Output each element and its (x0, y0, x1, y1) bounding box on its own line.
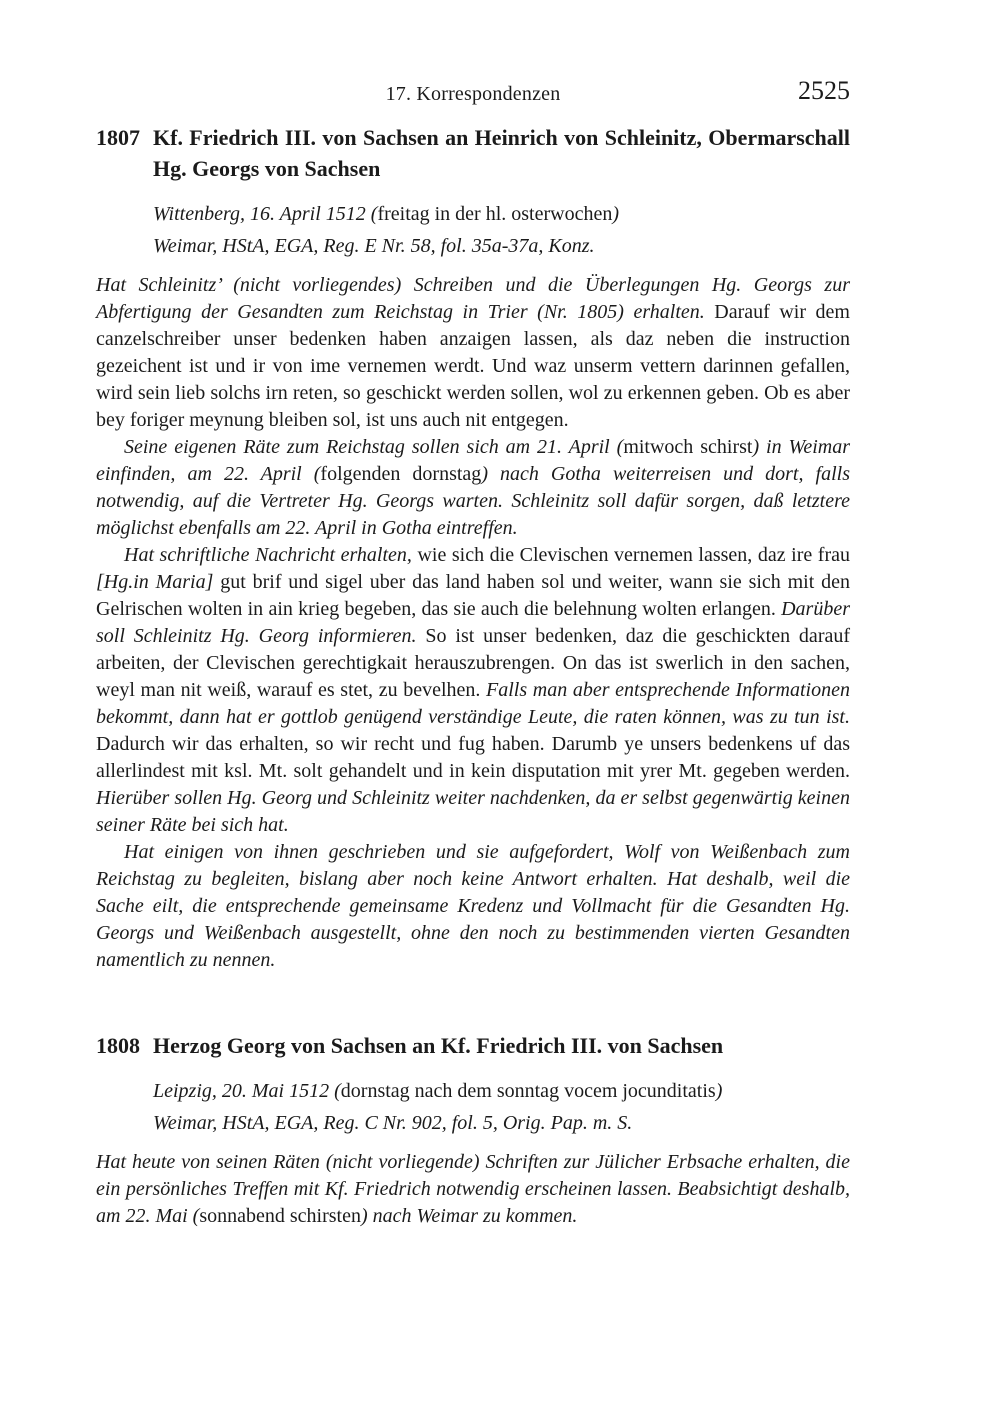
summary-paragraph: Seine eigenen Räte zum Reichstag sollen … (96, 434, 850, 542)
entries: 1807Kf. Friedrich III. von Sachsen an He… (96, 122, 850, 1230)
text-segment: ) (612, 203, 619, 225)
text-segment: Dadurch wir das erhalten, so wir recht u… (96, 733, 850, 782)
summary-paragraph: Hat einigen von ihnen geschrieben und si… (96, 839, 850, 974)
entry-source-line: Weimar, HStA, EGA, Reg. E Nr. 58, fol. 3… (153, 230, 850, 262)
summary-paragraph: Hat schriftliche Nachricht erhalten, wie… (96, 542, 850, 839)
text-segment: Weimar, HStA, EGA, Reg. C Nr. 902, fol. … (153, 1112, 632, 1134)
text-segment: Wittenberg, 16. April 1512 ( (153, 203, 377, 225)
text-segment: ) nach Weimar zu kommen. (361, 1205, 577, 1227)
text-segment: freitag in der hl. osterwochen (377, 203, 612, 225)
section-title: 17. Korrespondenzen (96, 83, 850, 106)
text-segment: Seine eigenen Räte zum Reichstag sollen … (124, 436, 623, 458)
text-segment: wie sich die Clevischen vernemen lassen,… (417, 544, 850, 566)
text-segment: ) (716, 1080, 723, 1102)
text-segment: [Hg.in Maria] (96, 571, 220, 593)
page-number: 2525 (798, 76, 850, 106)
text-segment: Hat schriftliche Nachricht erhalten, (124, 544, 417, 566)
text-segment: Leipzig, 20. Mai 1512 ( (153, 1080, 341, 1102)
entry-heading: 1807Kf. Friedrich III. von Sachsen an He… (96, 122, 850, 184)
summary-paragraph: Hat heute von seinen Räten (nicht vorlie… (96, 1149, 850, 1230)
entry-heading: 1808Herzog Georg von Sachsen an Kf. Frie… (96, 1030, 850, 1061)
entry-number: 1808 (96, 1030, 140, 1061)
entry-date-line: Leipzig, 20. Mai 1512 (dornstag nach dem… (153, 1075, 850, 1107)
page-content: 17. Korrespondenzen 2525 1807Kf. Friedri… (96, 80, 850, 1230)
entry-number: 1807 (96, 122, 140, 153)
text-segment: sonnabend schirsten (199, 1205, 361, 1227)
text-segment: Hat einigen von ihnen geschrieben und si… (96, 841, 850, 971)
text-segment: Hierüber sollen Hg. Georg und Schleinitz… (96, 787, 850, 836)
text-segment: dornstag nach dem sonntag vocem jocundit… (341, 1080, 716, 1102)
entry-1808: 1808Herzog Georg von Sachsen an Kf. Frie… (96, 1030, 850, 1230)
book-page: 17. Korrespondenzen 2525 1807Kf. Friedri… (0, 0, 1004, 1418)
entry-source-line: Weimar, HStA, EGA, Reg. C Nr. 902, fol. … (153, 1107, 850, 1139)
text-segment: folgenden dornstag (320, 463, 481, 485)
entry-title: Herzog Georg von Sachsen an Kf. Friedric… (153, 1033, 723, 1058)
entry-1807: 1807Kf. Friedrich III. von Sachsen an He… (96, 122, 850, 974)
entry-date-line: Wittenberg, 16. April 1512 (freitag in d… (153, 198, 850, 230)
text-segment: mitwoch schirst (623, 436, 752, 458)
summary-paragraph: Hat Schleinitz’ (nicht vorliegendes) Sch… (96, 272, 850, 434)
text-segment: Weimar, HStA, EGA, Reg. E Nr. 58, fol. 3… (153, 235, 594, 257)
entry-title: Kf. Friedrich III. von Sachsen an Heinri… (153, 125, 850, 181)
running-head: 17. Korrespondenzen 2525 (96, 80, 850, 108)
